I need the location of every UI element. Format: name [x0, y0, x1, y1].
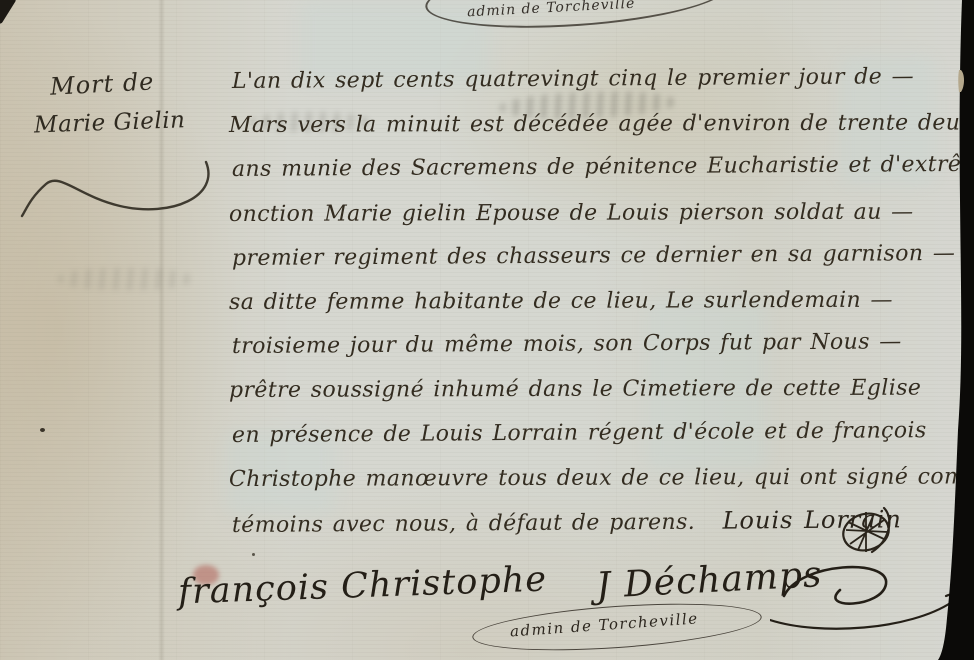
- louis-lorrain-paraph-flourish: [832, 500, 898, 560]
- record-line: troisieme jour du même mois, son Corps f…: [232, 320, 952, 369]
- page-edge: [934, 0, 974, 660]
- manuscript-page: admin de Torcheville Mort de Marie Gieli…: [0, 0, 974, 660]
- ink-speck: [252, 553, 255, 556]
- margin-note-line: Marie Gielin: [34, 106, 235, 139]
- previous-entry-signature-fragment: admin de Torcheville: [425, 0, 745, 28]
- record-line: premier regiment des chasseurs ce dernie…: [232, 232, 952, 281]
- record-body: L'an dix sept cents quatrevingt cinq le …: [232, 60, 952, 546]
- record-line-text: témoins avec nous, à défaut de parens.: [232, 510, 695, 538]
- corner-ink-mark: [0, 0, 17, 25]
- record-line: prêtre soussigné inhumé dans le Cimetier…: [229, 367, 952, 414]
- ink-bleed-smudge: [58, 268, 193, 290]
- record-line: sa ditte femme habitante de ce lieu, Le …: [229, 278, 952, 325]
- margin-flourish: [20, 156, 230, 228]
- record-line: en présence de Louis Lorrain régent d'éc…: [232, 408, 952, 457]
- margin-note-line: Mort de: [49, 63, 234, 101]
- administrator-caption: admin de Torcheville: [471, 596, 763, 658]
- ink-speck: [40, 428, 45, 432]
- margin-annotation: Mort de Marie Gielin: [34, 68, 234, 135]
- record-line: L'an dix sept cents quatrevingt cinq le …: [232, 55, 952, 104]
- record-line: ans munie des Sacremens de pénitence Euc…: [232, 143, 952, 192]
- dechamps-flourish: [770, 556, 960, 646]
- record-line: Christophe manœuvre tous deux de ce lieu…: [229, 455, 952, 502]
- record-line: Mars vers la minuit est décédée agée d'e…: [229, 102, 952, 149]
- signature-francois-christophe: françois Christophe: [177, 560, 547, 613]
- record-line: onction Marie gielin Epouse de Louis pie…: [229, 190, 952, 237]
